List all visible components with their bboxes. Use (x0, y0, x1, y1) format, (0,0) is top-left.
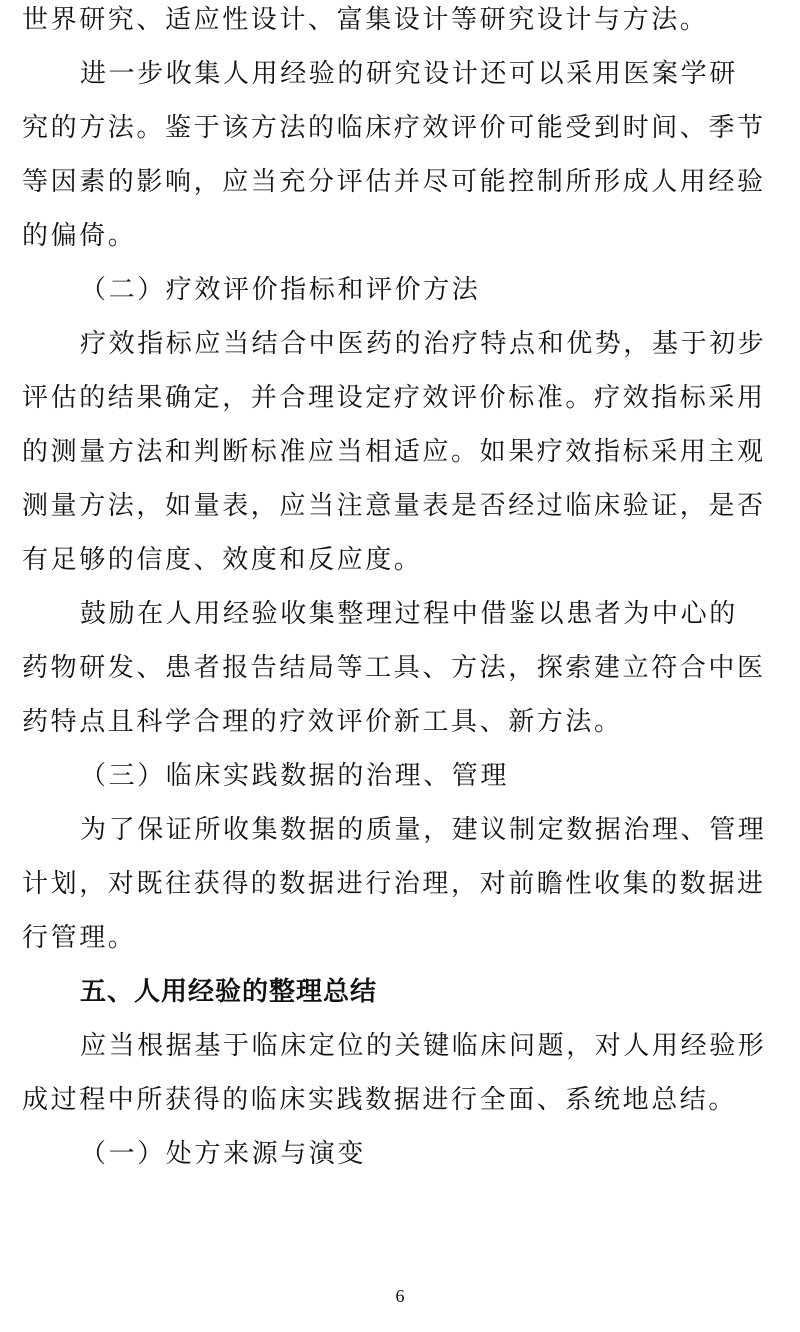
body-text-line: 评估的结果确定，并合理设定疗效评价标准。疗效指标采用 (22, 378, 782, 418)
subheading: （二）疗效评价指标和评价方法 (80, 270, 780, 310)
body-text-line: 的偏倚。 (22, 216, 782, 256)
body-text-line: 药特点且科学合理的疗效评价新工具、新方法。 (22, 702, 782, 742)
body-text-line: 究的方法。鉴于该方法的临床疗效评价可能受到时间、季节 (22, 108, 782, 148)
paragraph-start-line: 进一步收集人用经验的研究设计还可以采用医案学研 (80, 54, 780, 94)
paragraph-start-line: 为了保证所收集数据的质量，建议制定数据治理、管理 (80, 810, 780, 850)
document-page: 世界研究、适应性设计、富集设计等研究设计与方法。 进一步收集人用经验的研究设计还… (0, 0, 800, 1332)
body-text-line: 测量方法，如量表，应当注意量表是否经过临床验证，是否 (22, 486, 782, 526)
body-text-line: 计划，对既往获得的数据进行治理，对前瞻性收集的数据进 (22, 864, 782, 904)
body-text-line: 世界研究、适应性设计、富集设计等研究设计与方法。 (22, 0, 782, 40)
body-text-line: 有足够的信度、效度和反应度。 (22, 540, 782, 580)
subheading: （一）处方来源与演变 (80, 1134, 780, 1174)
page-number: 6 (0, 1284, 800, 1308)
body-text-line: 药物研发、患者报告结局等工具、方法，探索建立符合中医 (22, 648, 782, 688)
subheading: （三）临床实践数据的治理、管理 (80, 756, 780, 796)
body-text-line: 行管理。 (22, 918, 782, 958)
body-text-line: 成过程中所获得的临床实践数据进行全面、系统地总结。 (22, 1080, 782, 1120)
paragraph-start-line: 鼓励在人用经验收集整理过程中借鉴以患者为中心的 (80, 594, 780, 634)
paragraph-start-line: 应当根据基于临床定位的关键临床问题，对人用经验形 (80, 1026, 780, 1066)
paragraph-start-line: 疗效指标应当结合中医药的治疗特点和优势，基于初步 (80, 324, 780, 364)
section-heading: 五、人用经验的整理总结 (80, 972, 780, 1012)
body-text-line: 的测量方法和判断标准应当相适应。如果疗效指标采用主观 (22, 432, 782, 472)
body-text-line: 等因素的影响，应当充分评估并尽可能控制所形成人用经验 (22, 162, 782, 202)
